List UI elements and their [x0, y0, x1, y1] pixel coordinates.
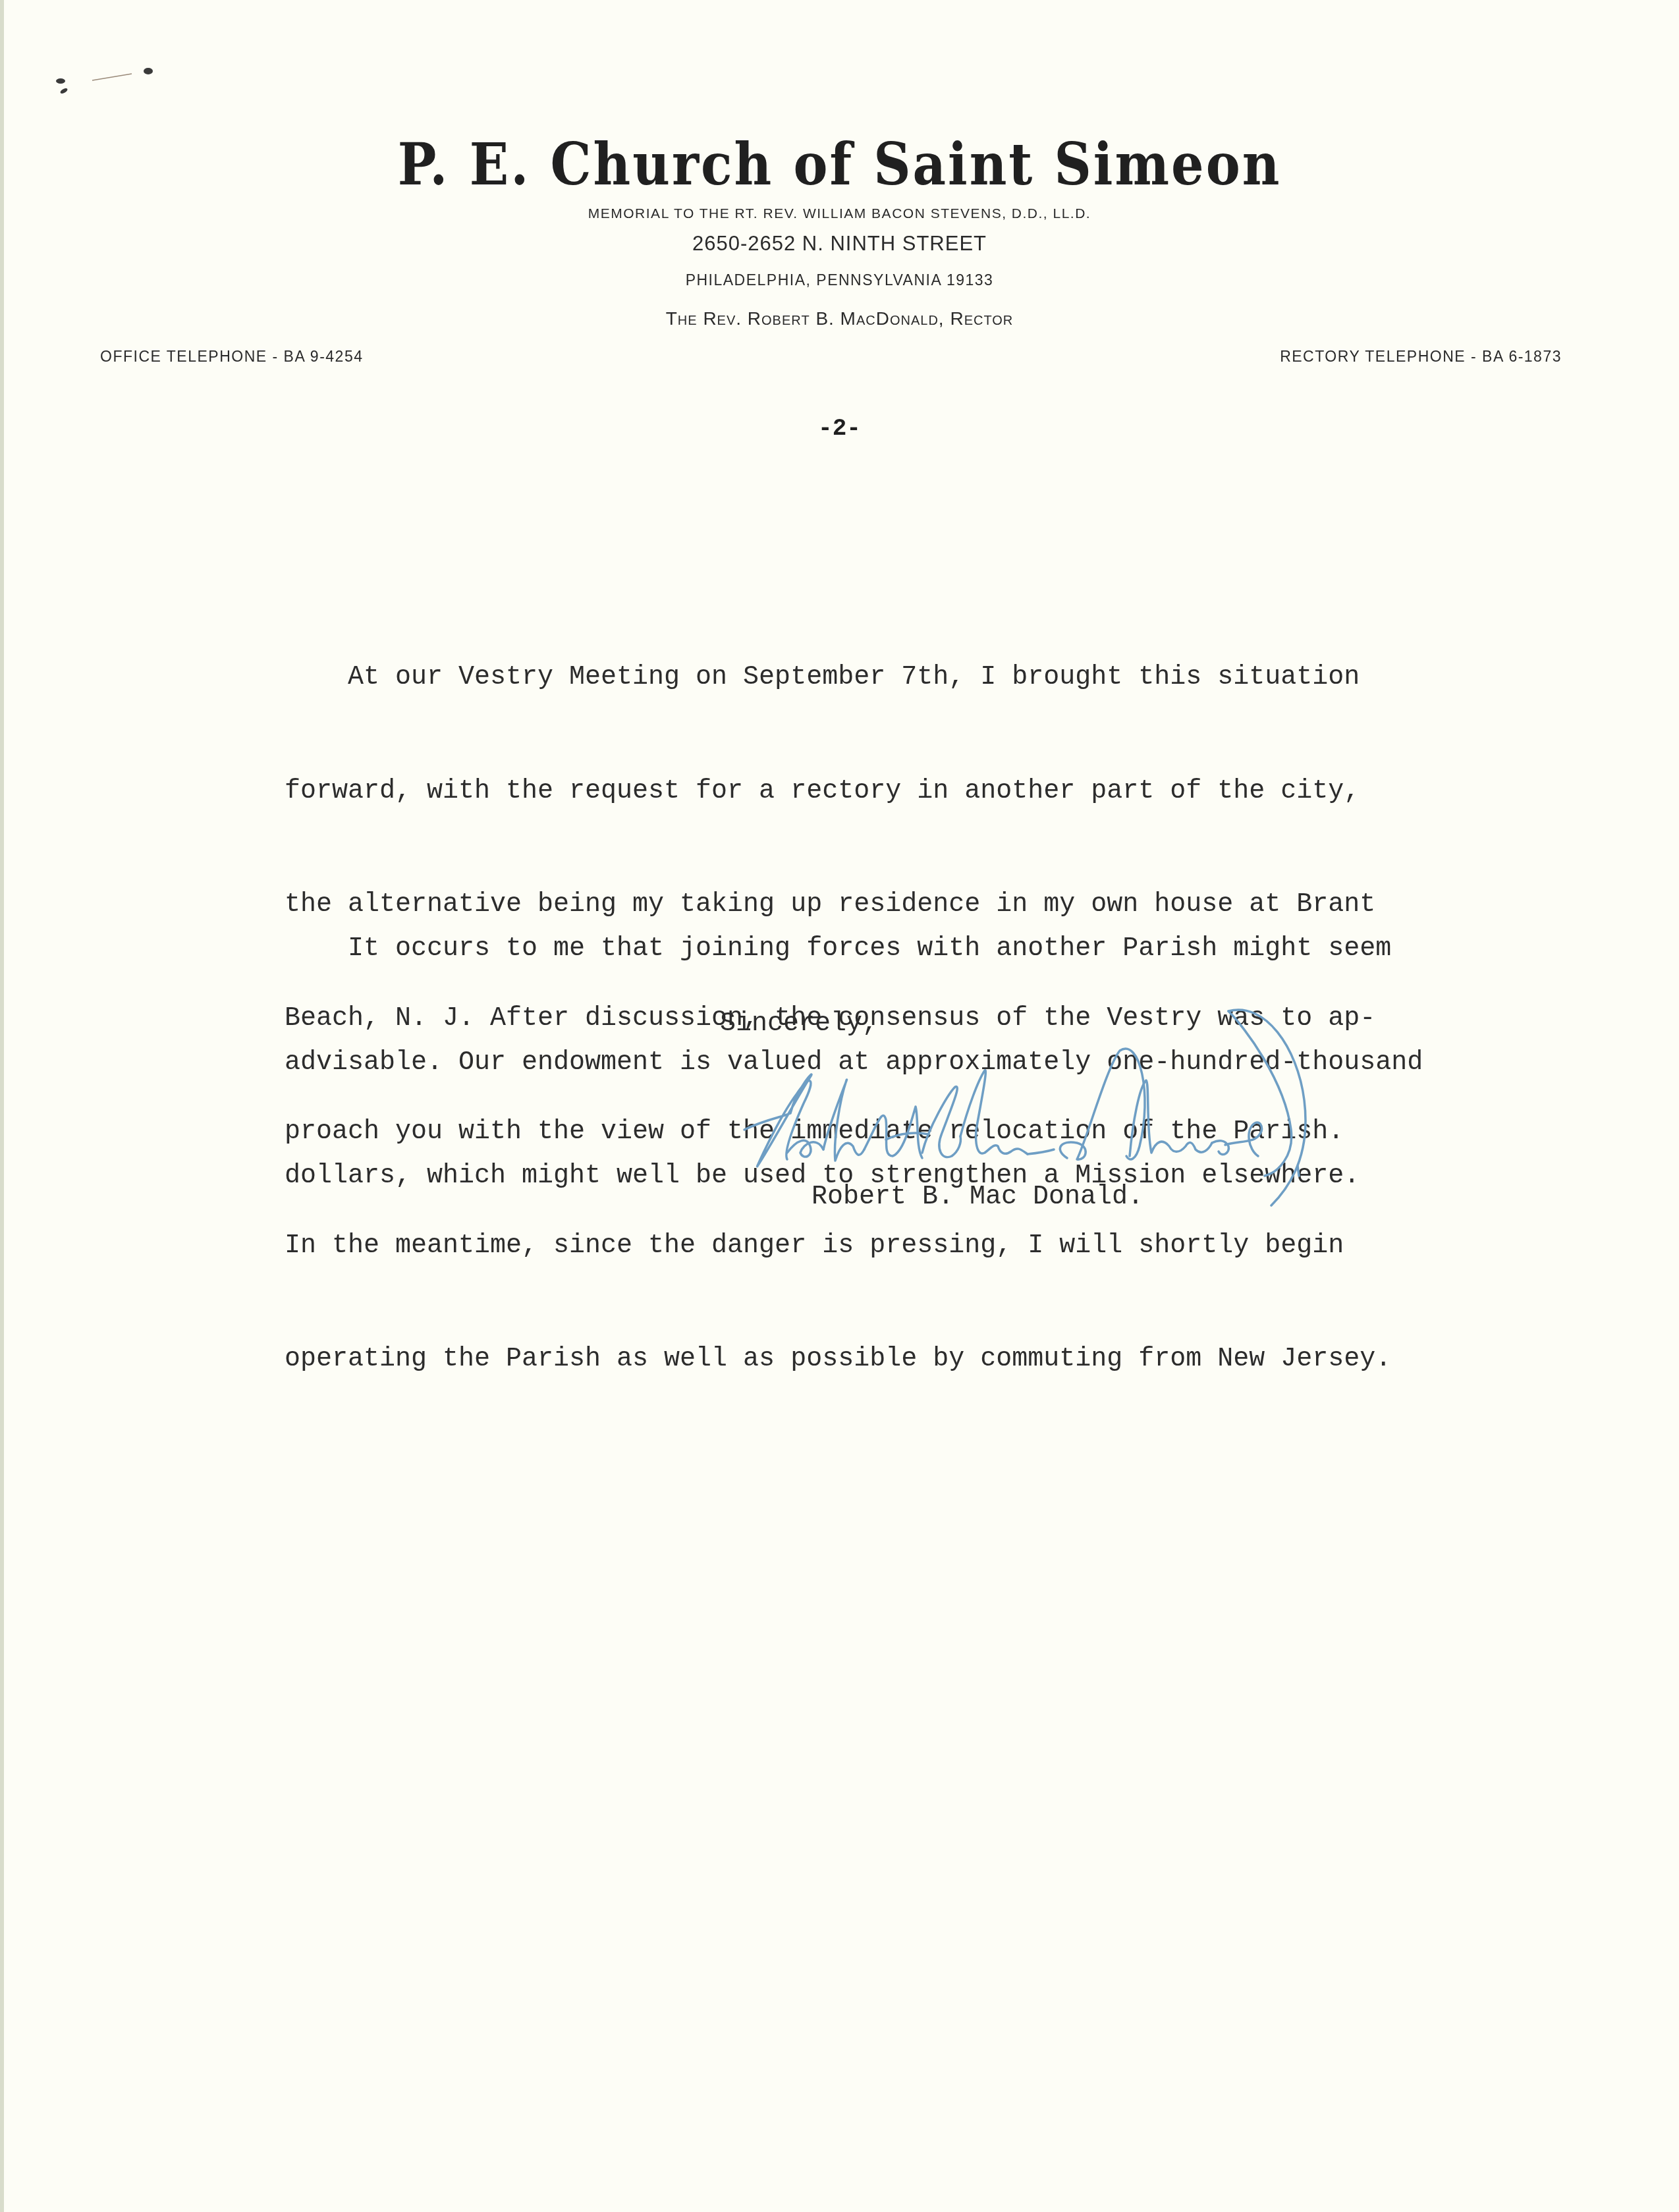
city-state-zip: PHILADELPHIA, PENNSYLVANIA 19133: [0, 271, 1679, 289]
body-line: operating the Parish as well as possible…: [285, 1341, 1444, 1379]
body-line: At our Vestry Meeting on September 7th, …: [285, 659, 1444, 697]
rector-line: The Rev. Robert B. MacDonald, Rector: [0, 308, 1679, 329]
body-line: It occurs to me that joining forces with…: [285, 930, 1444, 968]
memorial-line: MEMORIAL TO THE RT. REV. WILLIAM BACON S…: [0, 206, 1679, 222]
church-name: P. E. Church of Saint Simeon: [0, 132, 1679, 199]
rectory-telephone: RECTORY TELEPHONE - BA 6-1873: [1280, 348, 1562, 366]
street-address: 2650-2652 N. NINTH STREET: [0, 232, 1679, 256]
page-number: -2-: [0, 415, 1679, 442]
page-edge: [0, 0, 4, 2212]
typed-name: Robert B. Mac Donald.: [812, 1182, 1143, 1212]
body-line: forward, with the request for a rectory …: [285, 773, 1444, 811]
office-telephone: OFFICE TELEPHONE - BA 9-4254: [100, 348, 363, 366]
staple-mark-icon: [53, 59, 158, 99]
